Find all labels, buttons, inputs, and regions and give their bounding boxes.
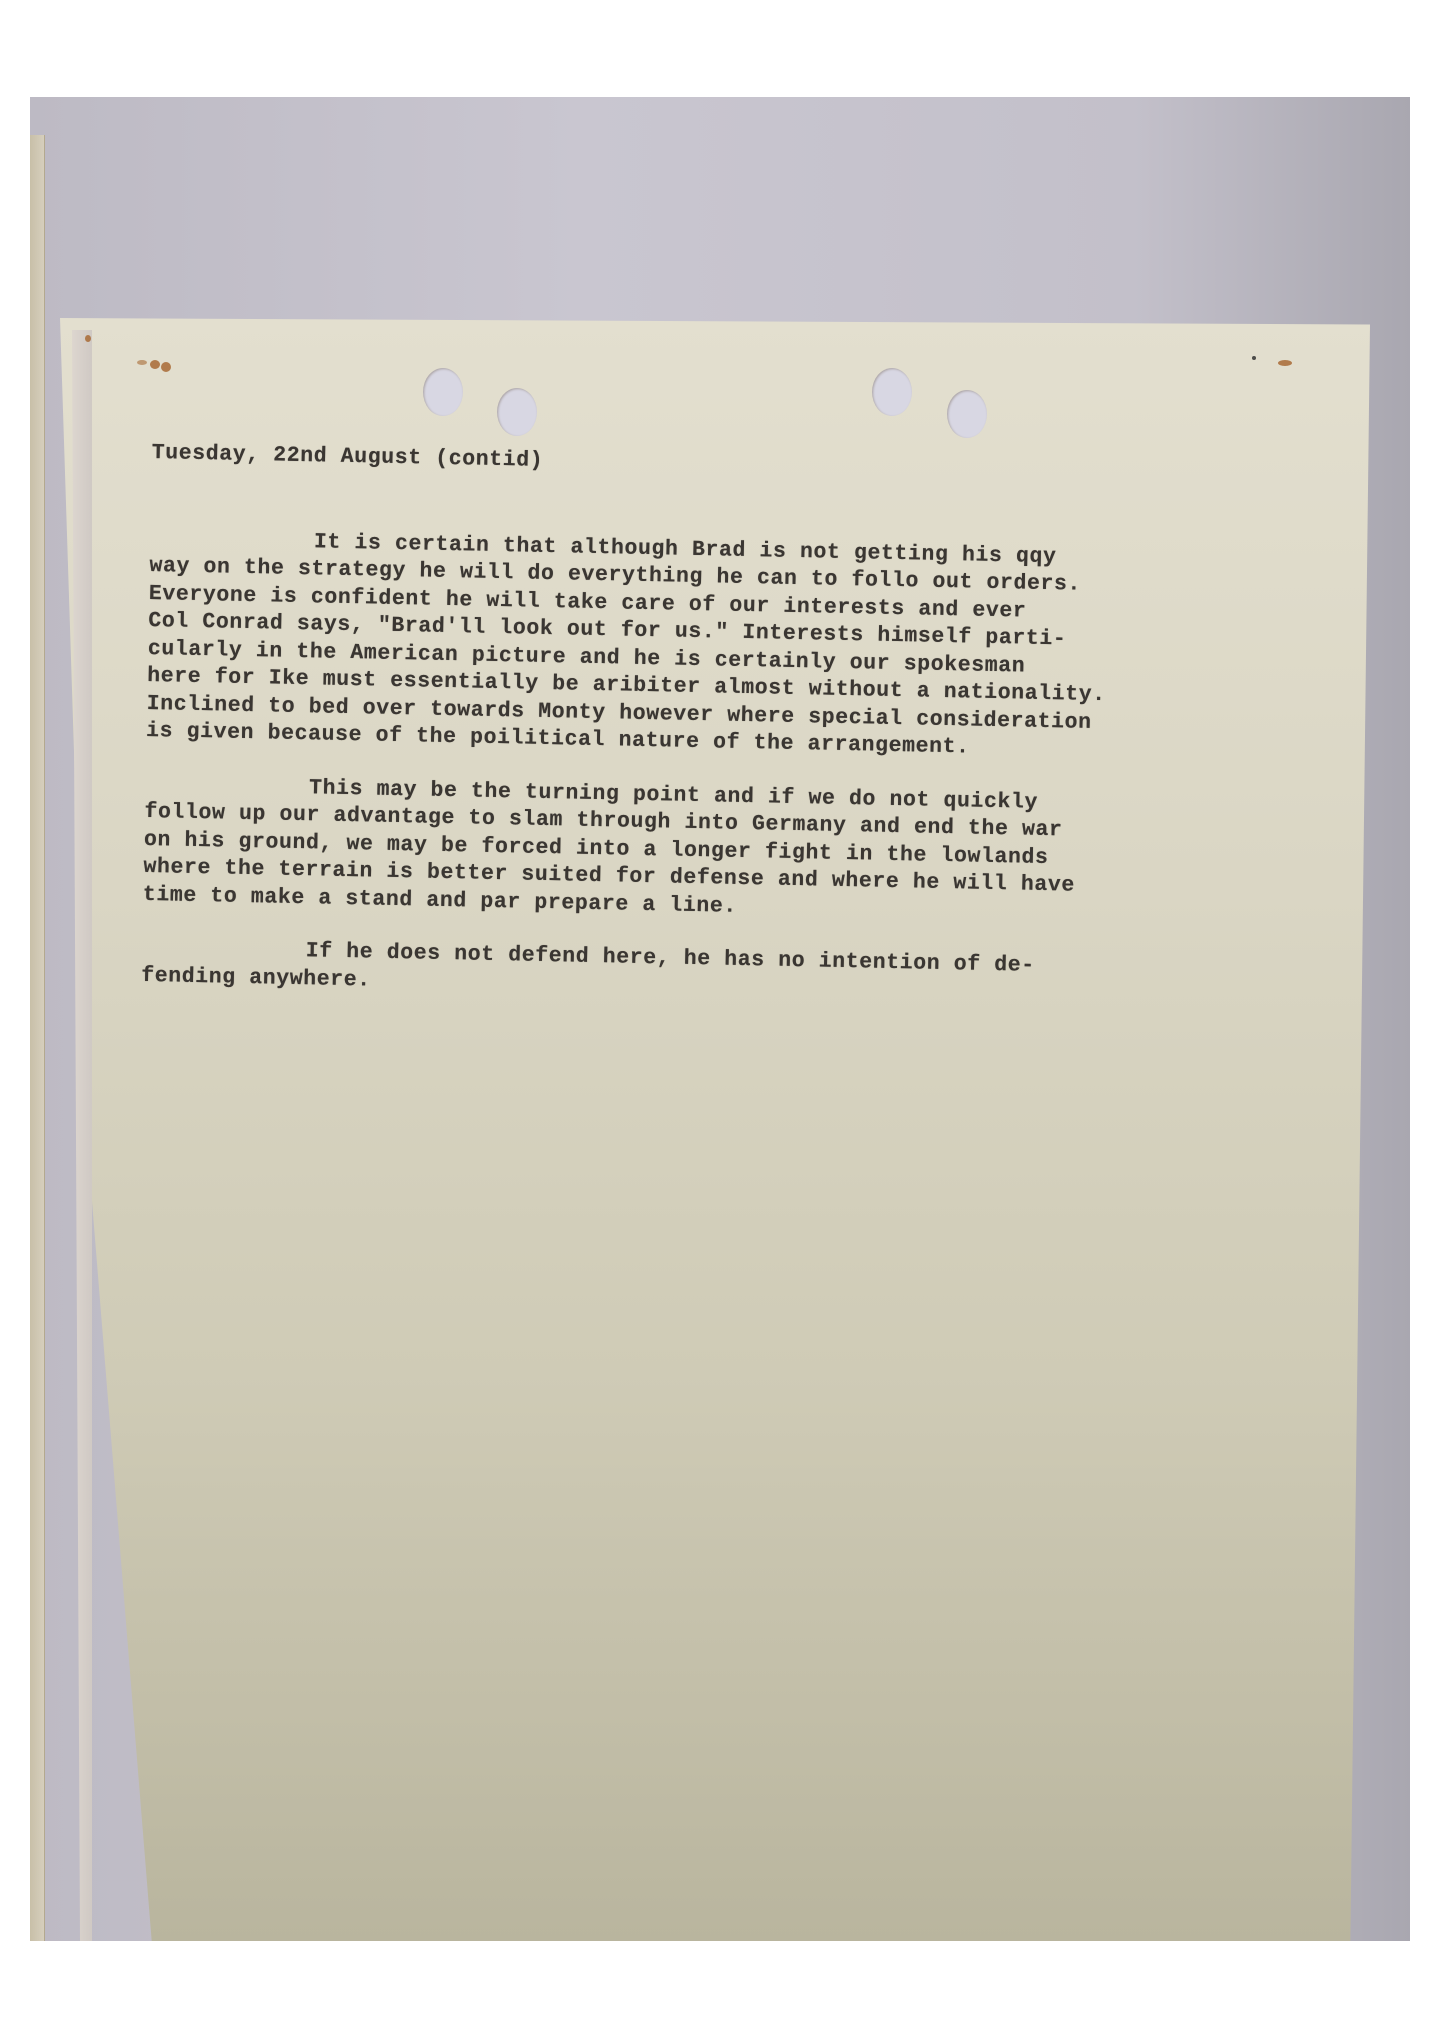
punch-hole bbox=[872, 368, 912, 416]
paragraph: This may be the turning point and if we … bbox=[143, 771, 1326, 932]
ink-dot bbox=[1252, 356, 1256, 360]
paragraph: It is certain that although Brad is not … bbox=[146, 525, 1330, 769]
punch-hole bbox=[423, 368, 463, 416]
rust-stain bbox=[161, 362, 171, 372]
rust-stain bbox=[85, 335, 91, 342]
punch-hole bbox=[497, 388, 537, 436]
punch-hole bbox=[947, 390, 987, 438]
rust-stain bbox=[1278, 360, 1292, 366]
rust-stain bbox=[137, 360, 147, 365]
rust-stain bbox=[150, 360, 160, 369]
underlying-sheet-edge bbox=[30, 135, 45, 1941]
document-body: Tuesday, 22nd August (contid) It is cert… bbox=[140, 440, 1331, 1040]
paragraph: If he does not defend here, he has no in… bbox=[141, 935, 1322, 1014]
